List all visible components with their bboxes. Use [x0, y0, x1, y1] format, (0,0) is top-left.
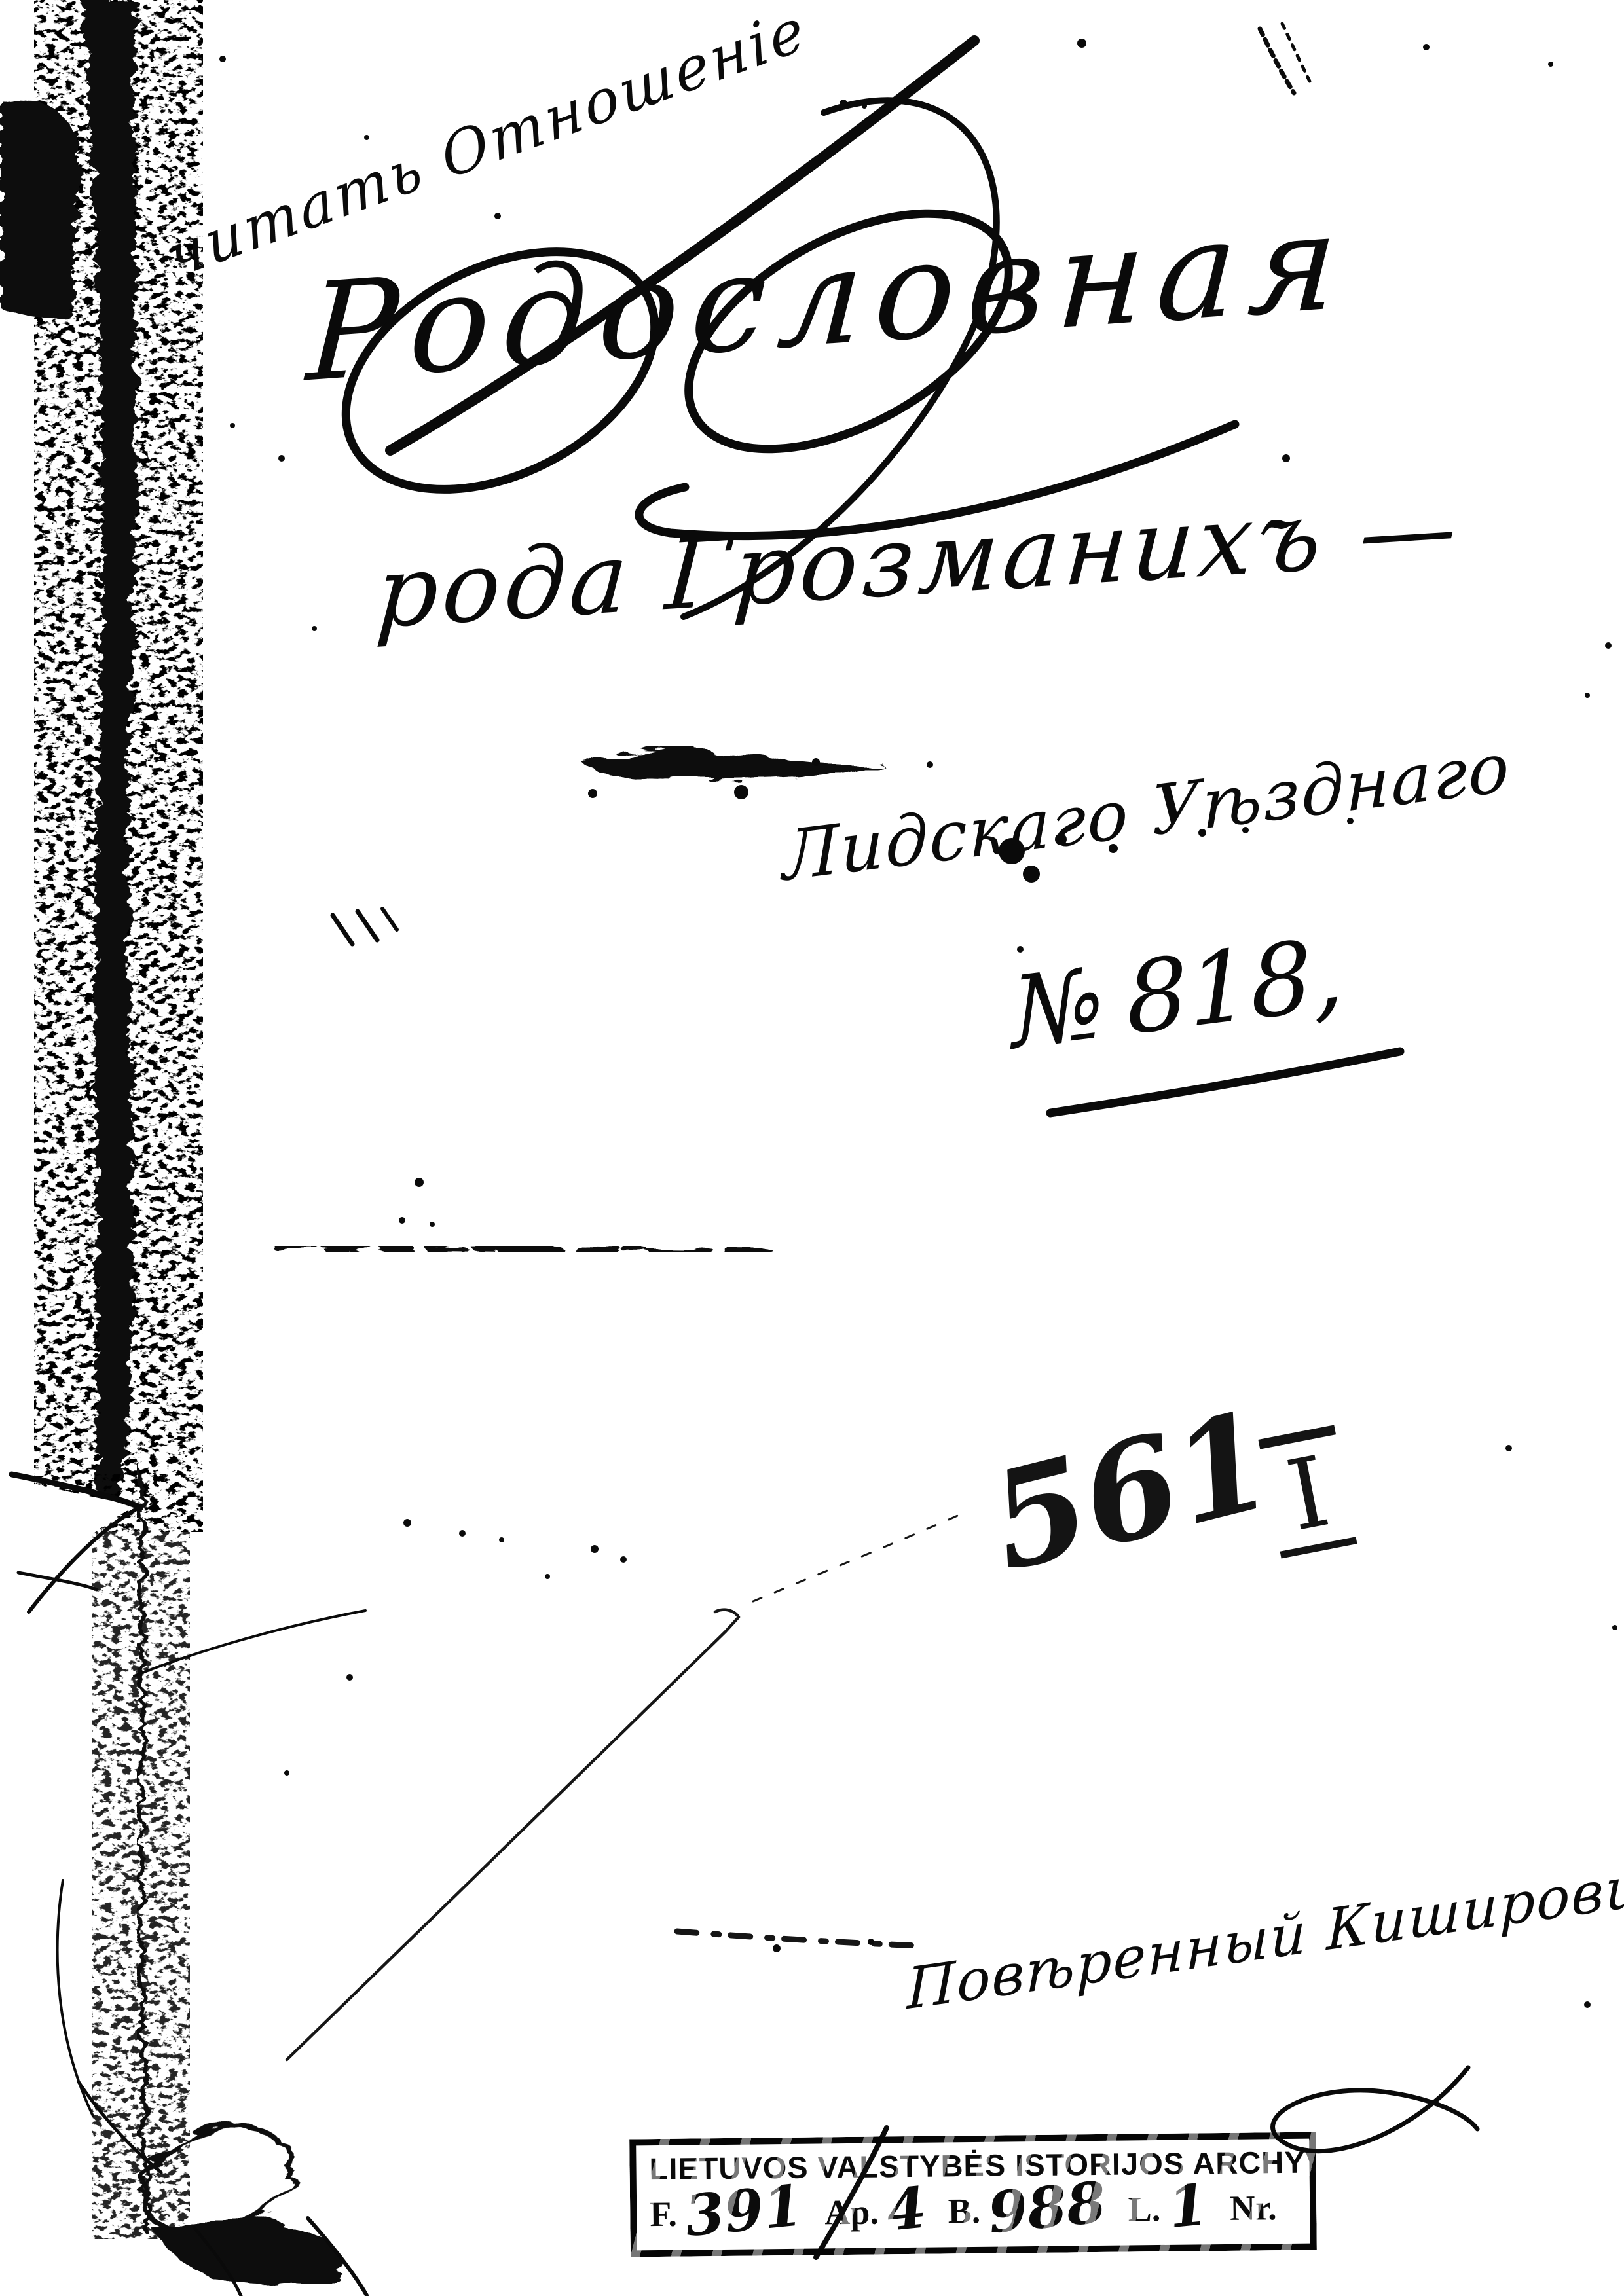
stamp-field-fond: F. 391	[650, 2187, 803, 2241]
stamp-label: B.	[948, 2185, 980, 2238]
stamp-label: F.	[650, 2188, 677, 2241]
stamp-reference-fields: F. 391 Ap. 4 B. 988 L. 1 Nr.	[650, 2181, 1300, 2241]
stamp-label: Ap.	[824, 2186, 879, 2240]
stamp-field-nr: Nr.	[1230, 2181, 1285, 2235]
stamp-handwritten-value: 4	[884, 2179, 929, 2239]
stamp-handwritten-value: 391	[682, 2178, 805, 2245]
binding-edge-band	[0, 0, 203, 2239]
archive-stamp: LIETUVOS VALSTYBĖS ISTORIJOS ARCHYVAS F.…	[629, 2132, 1317, 2257]
stamp-handwritten-value: 1	[1166, 2177, 1210, 2236]
stamp-label: Nr.	[1230, 2181, 1277, 2235]
scanned-archival-document: читать Отношеніе Родословная рода Грозма…	[0, 0, 1624, 2296]
stamp-field-byla: B. 988	[948, 2183, 1106, 2238]
stamp-field-lapas: L. 1	[1128, 2182, 1208, 2236]
pencil-scratches	[287, 1511, 968, 2060]
numero-sign: №	[1008, 946, 1107, 1071]
stamp-handwritten-value: 988	[986, 2174, 1108, 2242]
stamp-field-apyrasas: Ap. 4	[824, 2185, 926, 2240]
stamp-label: L.	[1128, 2183, 1160, 2236]
